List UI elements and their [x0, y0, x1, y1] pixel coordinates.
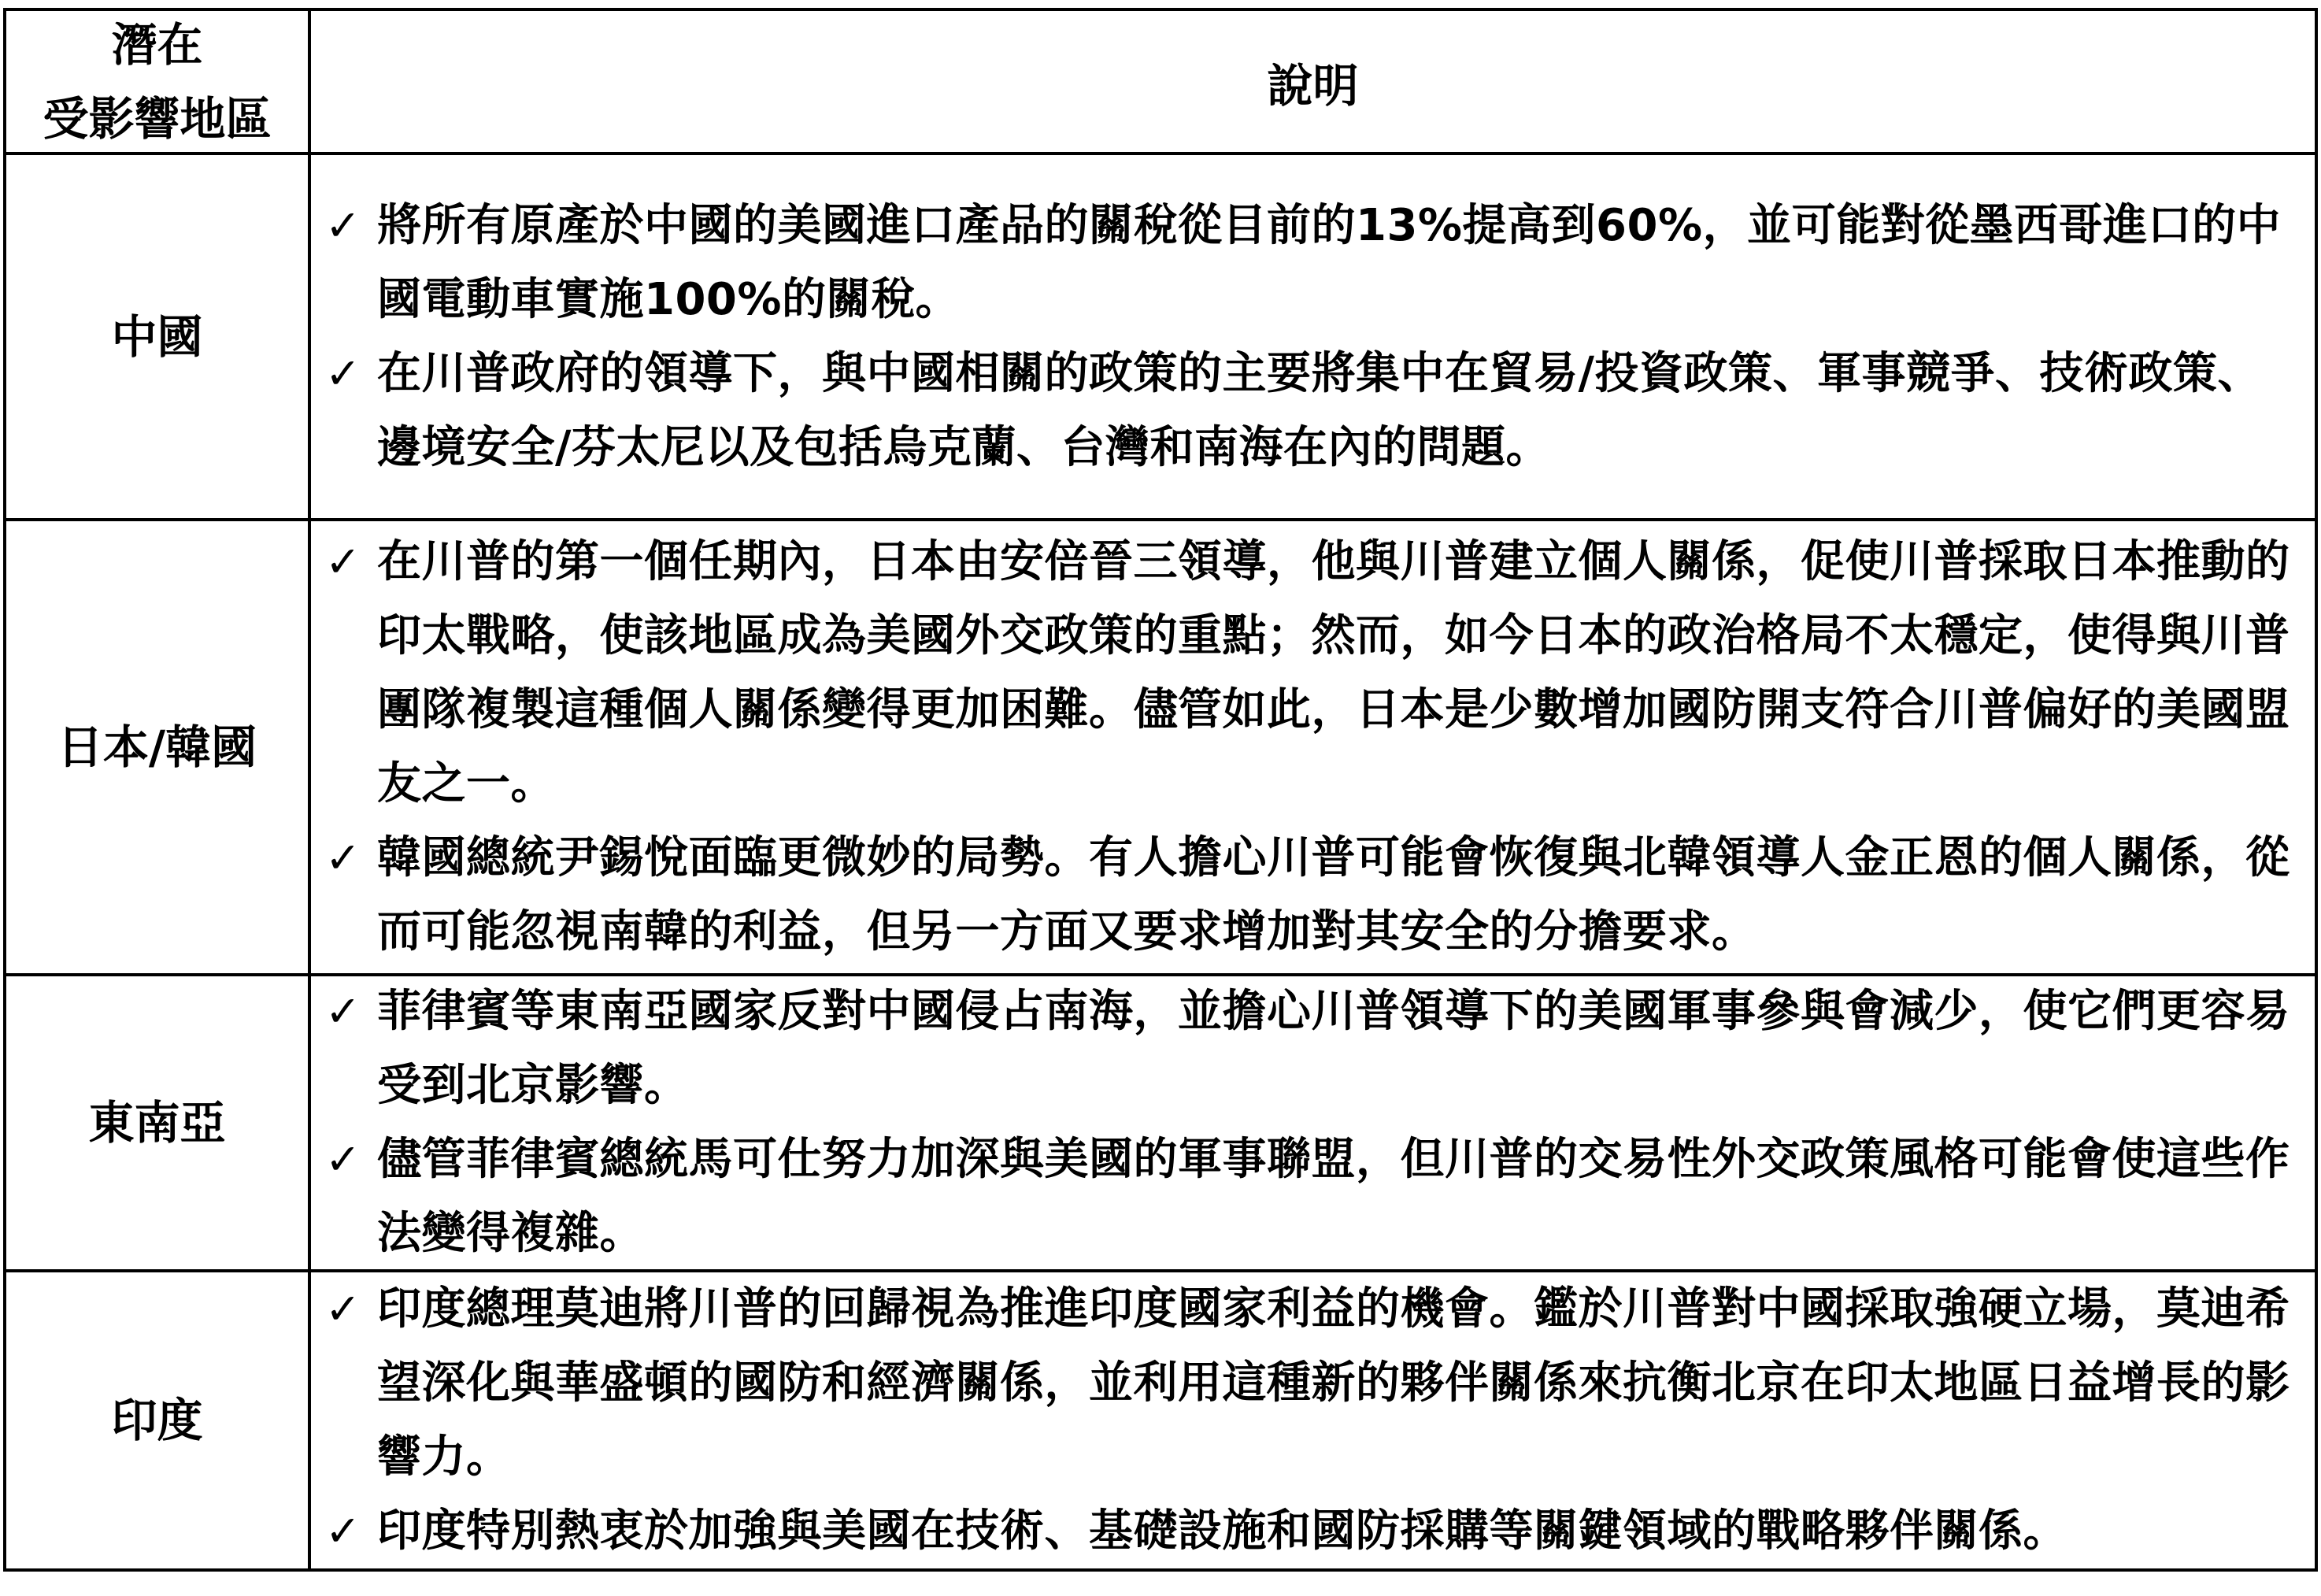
list-item: ✓ 在川普的第一個任期內，日本由安倍晉三領導，他與川普建立個人關係，促使川普採取…: [325, 525, 2304, 821]
description-cell-china: ✓ 將所有原產於中國的美國進口產品的關稅從目前的13%提高到60%，並可能對從墨…: [311, 155, 2315, 521]
region-cell-southeast-asia: 東南亞: [6, 976, 311, 1272]
list-item: ✓ 韓國總統尹錫悅面臨更微妙的局勢。有人擔心川普可能會恢復與北韓領導人金正恩的個…: [325, 821, 2304, 969]
list-item: ✓ 印度總理莫迪將川普的回歸視為推進印度國家利益的機會。鑑於川普對中國採取強硬立…: [325, 1272, 2304, 1494]
bullet-text: 將所有原產於中國的美國進口產品的關稅從目前的13%提高到60%，並可能對從墨西哥…: [377, 200, 2281, 325]
bullet-list: ✓ 在川普的第一個任期內，日本由安倍晉三領導，他與川普建立個人關係，促使川普採取…: [325, 525, 2304, 969]
check-icon: ✓: [325, 1494, 369, 1568]
impact-regions-table: 潛在 受影響地區 說明 中國 ✓ 將所有原產於中國的美國進口產品的關稅從目前的1…: [3, 8, 2318, 1572]
description-cell-japan-korea: ✓ 在川普的第一個任期內，日本由安倍晉三領導，他與川普建立個人關係，促使川普採取…: [311, 521, 2315, 976]
check-icon: ✓: [325, 1272, 369, 1346]
region-cell-japan-korea: 日本/韓國: [6, 521, 311, 976]
bullet-text: 印度總理莫迪將川普的回歸視為推進印度國家利益的機會。鑑於川普對中國採取強硬立場，…: [377, 1283, 2290, 1483]
list-item: ✓ 儘管菲律賓總統馬可仕努力加深與美國的軍事聯盟，但川普的交易性外交政策風格可能…: [325, 1123, 2304, 1271]
check-icon: ✓: [325, 525, 369, 599]
bullet-text: 儘管菲律賓總統馬可仕努力加深與美國的軍事聯盟，但川普的交易性外交政策風格可能會使…: [377, 1134, 2290, 1259]
bullet-list: ✓ 將所有原產於中國的美國進口產品的關稅從目前的13%提高到60%，並可能對從墨…: [325, 189, 2304, 485]
header-region-line-1: 潛在: [111, 8, 202, 82]
list-item: ✓ 在川普政府的領導下，與中國相關的政策的主要將集中在貿易/投資政策、軍事競爭、…: [325, 337, 2304, 485]
header-region-column: 潛在 受影響地區: [6, 11, 311, 155]
list-item: ✓ 印度特別熱衷於加強與美國在技術、基礎設施和國防採購等關鍵領域的戰略夥伴關係。: [325, 1494, 2304, 1568]
header-description-column: 說明: [311, 11, 2315, 155]
region-cell-india: 印度: [6, 1272, 311, 1568]
check-icon: ✓: [325, 975, 369, 1049]
header-region-line-2: 受影響地區: [43, 82, 271, 156]
bullet-list: ✓ 菲律賓等東南亞國家反對中國侵占南海，並擔心川普領導下的美國軍事參與會減少，使…: [325, 975, 2304, 1271]
list-item: ✓ 將所有原產於中國的美國進口產品的關稅從目前的13%提高到60%，並可能對從墨…: [325, 189, 2304, 337]
check-icon: ✓: [325, 189, 369, 263]
bullet-text: 韓國總統尹錫悅面臨更微妙的局勢。有人擔心川普可能會恢復與北韓領導人金正恩的個人關…: [377, 832, 2290, 957]
check-icon: ✓: [325, 337, 369, 411]
bullet-text: 在川普的第一個任期內，日本由安倍晉三領導，他與川普建立個人關係，促使川普採取日本…: [377, 536, 2290, 809]
description-cell-india: ✓ 印度總理莫迪將川普的回歸視為推進印度國家利益的機會。鑑於川普對中國採取強硬立…: [311, 1272, 2315, 1568]
bullet-text: 菲律賓等東南亞國家反對中國侵占南海，並擔心川普領導下的美國軍事參與會減少，使它們…: [377, 986, 2290, 1111]
bullet-text: 印度特別熱衷於加強與美國在技術、基礎設施和國防採購等關鍵領域的戰略夥伴關係。: [377, 1505, 2067, 1557]
list-item: ✓ 菲律賓等東南亞國家反對中國侵占南海，並擔心川普領導下的美國軍事參與會減少，使…: [325, 975, 2304, 1123]
bullet-list: ✓ 印度總理莫迪將川普的回歸視為推進印度國家利益的機會。鑑於川普對中國採取強硬立…: [325, 1272, 2304, 1568]
bullet-text: 在川普政府的領導下，與中國相關的政策的主要將集中在貿易/投資政策、軍事競爭、技術…: [377, 348, 2262, 473]
check-icon: ✓: [325, 1123, 369, 1197]
check-icon: ✓: [325, 821, 369, 895]
region-cell-china: 中國: [6, 155, 311, 521]
description-cell-southeast-asia: ✓ 菲律賓等東南亞國家反對中國侵占南海，並擔心川普領導下的美國軍事參與會減少，使…: [311, 976, 2315, 1272]
